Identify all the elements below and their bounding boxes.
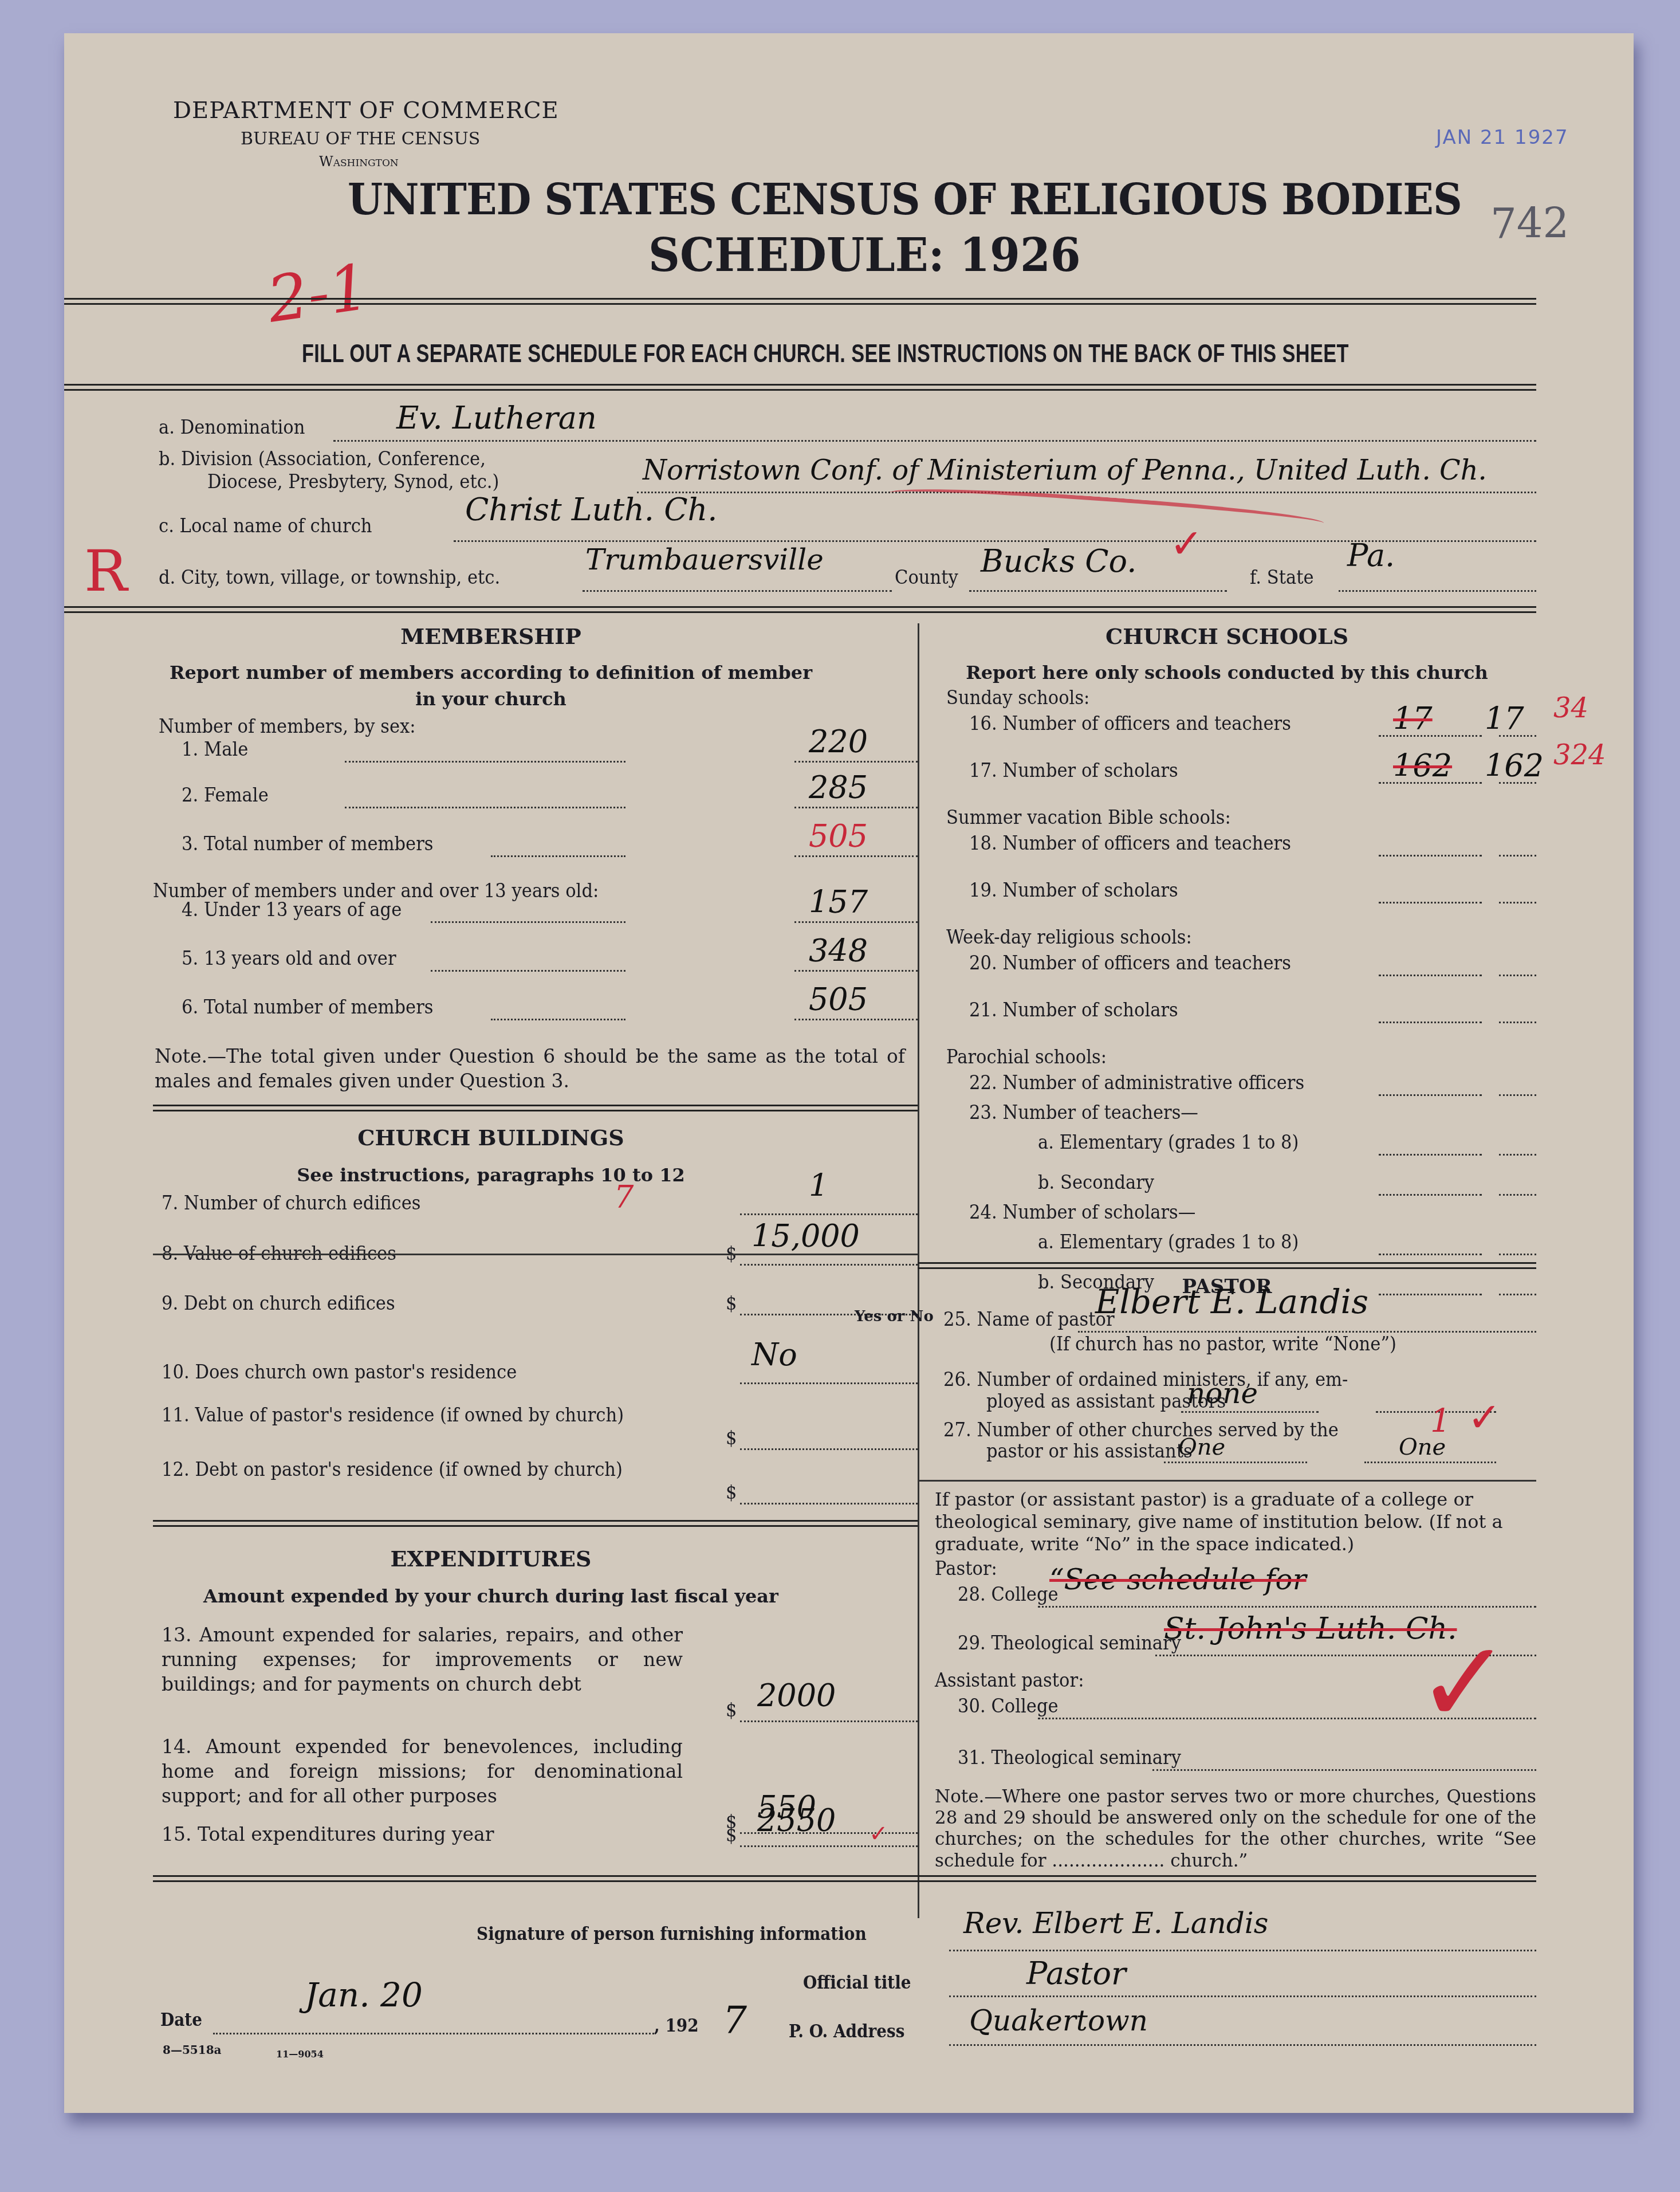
building-value-line — [740, 1213, 918, 1215]
signature-label: Signature of person furnishing informati… — [477, 1924, 867, 1944]
school-row-label: 16. Number of officers and teachers — [969, 712, 1291, 735]
membership-value-line — [794, 761, 918, 763]
city-line — [583, 590, 892, 592]
print-number: 11—9054 — [276, 2049, 324, 2060]
school-col1-line — [1379, 1154, 1482, 1156]
expenditure-value-field[interactable]: 2000 — [757, 1678, 836, 1714]
other-churches-field[interactable]: One — [1178, 1434, 1225, 1460]
school-row-label: a. Elementary (grades 1 to 8) — [1038, 1231, 1299, 1254]
school-row-label: 18. Number of officers and teachers — [969, 832, 1291, 855]
currency-symbol: $ — [726, 1481, 737, 1504]
pastor-name-label: 25. Name of pastor — [943, 1308, 1115, 1331]
membership-row-line — [431, 970, 625, 972]
instruction-banner: FILL OUT A SEPARATE SCHEDULE FOR EACH CH… — [302, 340, 1349, 368]
college-label: 28. College — [958, 1583, 1059, 1606]
membership-row-label: 3. Total number of members — [182, 832, 434, 855]
membership-value-line — [794, 807, 918, 808]
received-date-stamp: JAN 21 1927 — [1436, 126, 1569, 149]
date-label: Date — [160, 2010, 202, 2030]
membership-divider — [153, 1105, 918, 1106]
year-prefix: , 192 — [654, 2016, 699, 2036]
division-field[interactable]: Norristown Conf. of Ministerium of Penna… — [643, 454, 1487, 486]
school-col2-line — [1499, 855, 1536, 857]
pastor-heading: Pastor: — [935, 1557, 997, 1580]
membership-row-label: 2. Female — [182, 784, 269, 807]
form-title: UNITED STATES CENSUS OF RELIGIOUS BODIES — [348, 175, 1462, 225]
school-col2-field[interactable]: 162 — [1485, 748, 1544, 784]
form-subtitle: SCHEDULE: 1926 — [648, 228, 1081, 282]
membership-note: Note.—The total given under Question 6 s… — [155, 1044, 905, 1094]
bureau-city: Washington — [319, 154, 399, 170]
red-check-icon: ✓ — [1170, 520, 1203, 567]
expenditures-title: EXPENDITURES — [64, 1546, 918, 1572]
members-by-sex-label: Number of members, by sex: — [159, 715, 416, 738]
county-field[interactable]: Bucks Co. — [981, 543, 1136, 579]
expenditure-value-line — [740, 1845, 918, 1847]
column-divider — [918, 623, 919, 1918]
membership-value-field[interactable]: 348 — [809, 933, 868, 969]
membership-row-label: 1. Male — [182, 738, 248, 761]
other-churches-line-2 — [1364, 1462, 1496, 1463]
building-value-field[interactable]: 15,000 — [752, 1218, 860, 1254]
graduate-instructions: If pastor (or assistant pastor) is a gra… — [935, 1488, 1531, 1555]
school-col1-line — [1379, 855, 1482, 857]
pastor-note: Note.—Where one pastor serves two or mor… — [935, 1786, 1536, 1872]
membership-value-field[interactable]: 285 — [809, 769, 868, 806]
building-value-line — [740, 1264, 918, 1266]
buildings-mid-divider — [153, 1254, 918, 1255]
year-field[interactable]: 7 — [723, 1998, 747, 2042]
census-schedule-page: DEPARTMENT OF COMMERCE BUREAU OF THE CEN… — [64, 33, 1634, 2113]
schools-divider — [918, 1262, 1536, 1264]
school-col2-field[interactable]: 17 — [1485, 701, 1524, 737]
official-title-field[interactable]: Pastor — [1026, 1955, 1126, 1991]
membership-value-field[interactable]: 505 — [809, 981, 868, 1018]
local-name-label: c. Local name of church — [159, 514, 372, 537]
assistant-seminary-line — [1152, 1769, 1536, 1771]
college-field[interactable]: “See schedule for — [1049, 1563, 1307, 1596]
school-col2-line — [1499, 1094, 1536, 1096]
school-row-label: 17. Number of scholars — [969, 759, 1178, 782]
building-value-line — [740, 1382, 918, 1384]
membership-row-label: 5. 13 years old and over — [182, 947, 396, 970]
building-row-label: 9. Debt on church edifices — [162, 1291, 677, 1316]
po-address-label: P. O. Address — [789, 2021, 904, 2042]
membership-title: MEMBERSHIP — [64, 623, 918, 649]
currency-symbol: $ — [726, 1824, 737, 1847]
state-label: f. State — [1250, 566, 1314, 589]
city-label: d. City, town, village, or township, etc… — [159, 566, 500, 589]
school-col1-line — [1379, 1022, 1482, 1023]
membership-value-line — [794, 855, 918, 857]
red-check-icon: ✓ — [869, 1821, 888, 1847]
school-red-total: 324 — [1553, 739, 1606, 771]
school-col1-field[interactable]: 162 — [1393, 748, 1452, 784]
po-address-line — [949, 2044, 1536, 2046]
school-col2-line — [1499, 1022, 1536, 1023]
school-col1-line — [1379, 975, 1482, 976]
bureau-name: BUREAU OF THE CENSUS — [241, 129, 480, 149]
school-red-total: 34 — [1553, 692, 1588, 724]
school-row-label: 24. Number of scholars— — [969, 1201, 1195, 1224]
department-name: DEPARTMENT OF COMMERCE — [173, 97, 559, 124]
division-line — [637, 492, 1536, 493]
membership-value-field[interactable]: 220 — [809, 724, 868, 760]
other-churches-red-mark: 1 — [1430, 1403, 1451, 1440]
assistant-pastor-heading: Assistant pastor: — [935, 1669, 1084, 1692]
school-row-label: 23. Number of teachers— — [969, 1101, 1198, 1124]
assistant-pastors-line — [1181, 1411, 1319, 1413]
expenditures-subtitle: Amount expended by your church during la… — [64, 1583, 918, 1609]
file-number: 742 — [1490, 199, 1569, 248]
school-row-label: 21. Number of scholars — [969, 999, 1178, 1022]
membership-value-field[interactable]: 157 — [809, 884, 868, 920]
date-field[interactable]: Jan. 20 — [305, 1975, 423, 2014]
signature-line — [949, 1950, 1536, 1951]
expenditure-value-field[interactable]: 2550 — [757, 1802, 836, 1839]
other-churches-label-2: pastor or his assistants — [986, 1440, 1193, 1463]
assistant-pastors-label: 26. Number of ordained ministers, if any… — [943, 1368, 1348, 1391]
division-label: b. Division (Association, Conference, — [159, 447, 486, 470]
church-schools-subtitle: Report here only schools conducted by th… — [918, 659, 1536, 686]
other-churches-label: 27. Number of other churches served by t… — [943, 1419, 1339, 1441]
school-col1-line — [1379, 1194, 1482, 1196]
denomination-label: a. Denomination — [159, 416, 305, 439]
building-value-line — [740, 1503, 918, 1504]
assistant-college-label: 30. College — [958, 1695, 1059, 1718]
po-address-field[interactable]: Quakertown — [969, 2004, 1148, 2037]
city-field[interactable]: Trumbauersville — [585, 543, 824, 576]
building-row-label: 10. Does church own pastor's residence — [162, 1360, 677, 1385]
expenditures-section: EXPENDITURES Amount expended by your chu… — [64, 1546, 918, 1609]
building-row-label: 7. Number of church edifices — [162, 1191, 677, 1216]
church-buildings-title: CHURCH BUILDINGS — [64, 1125, 918, 1150]
school-col1-line — [1379, 902, 1482, 903]
assistant-pastors-field[interactable]: none — [1187, 1377, 1258, 1410]
school-col2-line — [1499, 902, 1536, 903]
building-red-mark: 7 — [614, 1179, 634, 1215]
school-col2-line — [1499, 1254, 1536, 1255]
membership-row-line — [345, 761, 625, 763]
expenditure-row-label: 13. Amount expended for salaries, repair… — [162, 1623, 683, 1697]
red-check-icon: ✓ — [1467, 1394, 1501, 1441]
state-field[interactable]: Pa. — [1347, 537, 1395, 573]
school-group-label: Summer vacation Bible schools: — [946, 806, 1231, 829]
membership-value-line — [794, 1019, 918, 1020]
membership-section: MEMBERSHIP Report number of members acco… — [64, 623, 918, 713]
school-col1-line — [1379, 1254, 1482, 1255]
school-col2-line — [1499, 1194, 1536, 1196]
expenditures-divider — [153, 1875, 1536, 1877]
assistant-seminary-label: 31. Theological seminary — [958, 1746, 1181, 1769]
red-underline-mark — [889, 482, 1325, 534]
red-annotation: 2-1 — [263, 250, 373, 336]
header-divider — [64, 298, 1536, 300]
banner-divider — [64, 384, 1536, 386]
signature-field[interactable]: Rev. Elbert E. Landis — [963, 1907, 1268, 1940]
school-group-label: Sunday schools: — [946, 686, 1089, 709]
expenditure-value-line — [740, 1720, 918, 1722]
school-row-label: b. Secondary — [1038, 1171, 1154, 1194]
building-value-field[interactable]: No — [752, 1337, 797, 1373]
school-col2-line — [1499, 1154, 1536, 1156]
denomination-field[interactable]: Ev. Lutheran — [396, 400, 597, 436]
membership-row-line — [491, 1019, 625, 1020]
local-name-field[interactable]: Christ Luth. Ch. — [465, 492, 717, 528]
church-buildings-section: CHURCH BUILDINGS See instructions, parag… — [64, 1125, 918, 1188]
membership-subtitle: Report number of members according to de… — [64, 649, 918, 713]
seminary-label: 29. Theological seminary — [958, 1632, 1181, 1655]
members-by-age-label: Number of members under and over 13 year… — [153, 879, 599, 902]
building-value-field[interactable]: 1 — [809, 1168, 828, 1204]
county-line — [969, 590, 1227, 592]
official-title-label: Official title — [803, 1973, 911, 1993]
school-row-label: 20. Number of officers and teachers — [969, 952, 1291, 975]
division-label-2: Diocese, Presbytery, Synod, etc.) — [207, 470, 499, 493]
buildings-divider — [153, 1520, 918, 1522]
date-line — [213, 2033, 654, 2034]
membership-value-line — [794, 921, 918, 923]
school-col1-line — [1379, 1094, 1482, 1096]
currency-symbol: $ — [726, 1699, 737, 1722]
school-group-label: Parochial schools: — [946, 1046, 1107, 1068]
currency-symbol: $ — [726, 1427, 737, 1449]
membership-row-line — [431, 921, 625, 923]
membership-row-line — [491, 855, 625, 857]
school-col1-field[interactable]: 17 — [1393, 701, 1433, 737]
large-red-check-icon: ✓ — [1416, 1626, 1512, 1741]
membership-value-line — [794, 970, 918, 972]
membership-row-label: 6. Total number of members — [182, 996, 434, 1019]
school-row-label: 22. Number of administrative officers — [969, 1071, 1304, 1094]
denomination-line — [333, 440, 1536, 442]
pastor-name-field[interactable]: Elbert E. Landis — [1095, 1282, 1368, 1321]
yes-no-hint: Yes or No — [855, 1308, 934, 1325]
building-row-label: 11. Value of pastor's residence (if owne… — [162, 1403, 651, 1428]
expenditure-row-label: 14. Amount expended for benevolences, in… — [162, 1735, 683, 1809]
currency-symbol: $ — [726, 1292, 737, 1315]
form-number: 8—5518a — [163, 2043, 222, 2057]
margin-mark: R — [84, 537, 127, 604]
school-row-label: a. Elementary (grades 1 to 8) — [1038, 1131, 1299, 1154]
church-schools-section: CHURCH SCHOOLS Report here only schools … — [918, 623, 1536, 686]
seminary-field[interactable]: St. John's Luth. Ch. — [1164, 1612, 1457, 1646]
membership-row-line — [345, 807, 625, 808]
membership-value-field[interactable]: 505 — [809, 818, 868, 854]
college-line — [1038, 1606, 1536, 1608]
other-churches-line — [1164, 1462, 1307, 1463]
school-group-label: Week-day religious schools: — [946, 926, 1192, 949]
school-row-label: 19. Number of scholars — [969, 879, 1178, 902]
official-title-line — [949, 1995, 1536, 1997]
county-label: County — [895, 566, 958, 589]
building-row-label: 12. Debt on pastor's residence (if owned… — [162, 1457, 651, 1482]
church-buildings-subtitle: See instructions, paragraphs 10 to 12 — [64, 1162, 918, 1188]
building-value-line — [740, 1448, 918, 1450]
identification-divider — [64, 606, 1536, 608]
pastor-name-hint: (If church has no pastor, write “None”) — [1049, 1333, 1396, 1356]
state-line — [1339, 590, 1536, 592]
school-col2-line — [1499, 975, 1536, 976]
church-schools-title: CHURCH SCHOOLS — [918, 623, 1536, 649]
pastor-divider — [918, 1480, 1536, 1482]
expenditure-row-label: 15. Total expenditures during year — [162, 1822, 683, 1847]
